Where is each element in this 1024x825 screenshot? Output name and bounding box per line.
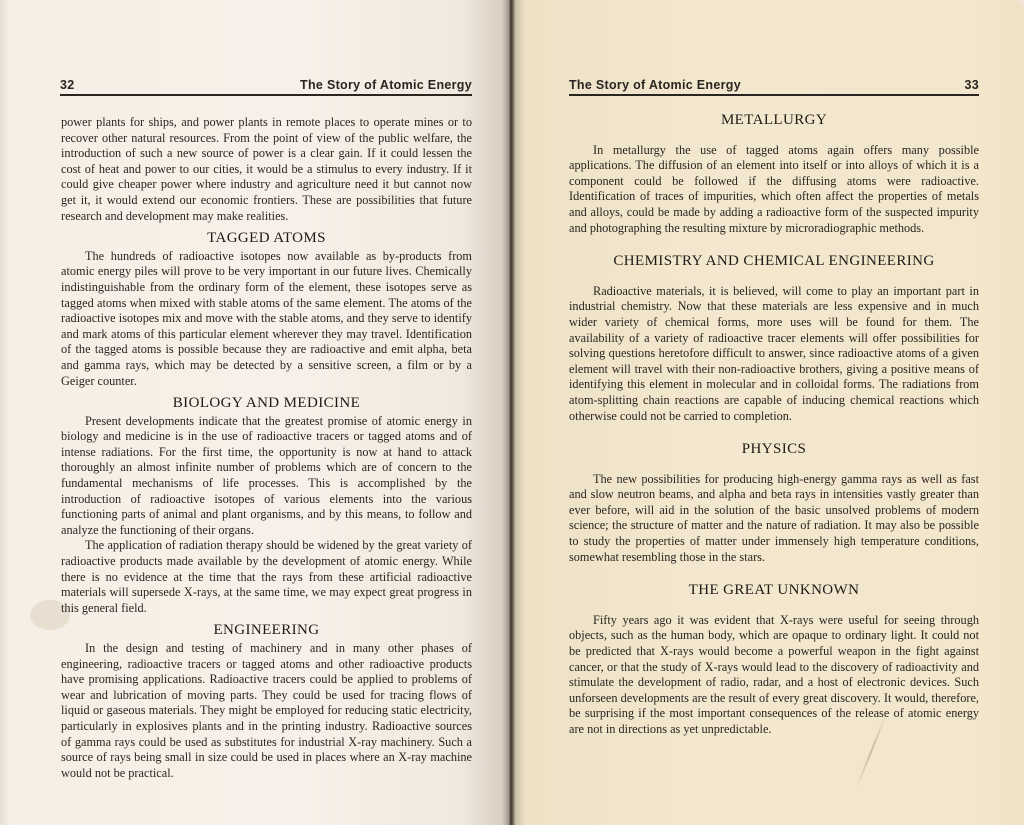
paragraph: In the design and testing of machinery a…: [61, 641, 472, 781]
right-running-head: The Story of Atomic Energy 33: [569, 74, 979, 96]
section-heading-engineering: ENGINEERING: [61, 623, 472, 639]
section-heading-physics: PHYSICS: [569, 442, 979, 458]
left-page-content: power plants for ships, and power plants…: [61, 115, 472, 781]
book-gutter: [508, 0, 514, 825]
right-page: The Story of Atomic Energy 33 METALLURGY…: [512, 0, 1024, 825]
running-title: The Story of Atomic Energy: [569, 78, 741, 92]
section-heading-chemistry: CHEMISTRY AND CHEMICAL ENGINEERING: [569, 254, 979, 270]
paragraph: Radioactive materials, it is believed, w…: [569, 284, 979, 424]
paragraph: The hundreds of radioactive isotopes now…: [61, 249, 472, 389]
running-title: The Story of Atomic Energy: [300, 78, 472, 92]
left-running-head: 32 The Story of Atomic Energy: [60, 74, 472, 96]
section-heading-biology-and-medicine: BIOLOGY AND MEDICINE: [61, 396, 472, 412]
right-page-content: METALLURGY In metallurgy the use of tagg…: [569, 113, 979, 738]
section-heading-great-unknown: THE GREAT UNKNOWN: [569, 583, 979, 599]
continued-paragraph: power plants for ships, and power plants…: [61, 115, 472, 224]
page-number: 33: [964, 78, 979, 92]
paragraph: The application of radiation therapy sho…: [61, 538, 472, 616]
left-page: 32 The Story of Atomic Energy power plan…: [0, 0, 512, 825]
paragraph: Present developments indicate that the g…: [61, 414, 472, 539]
paragraph: In metallurgy the use of tagged atoms ag…: [569, 143, 979, 237]
paragraph: Fifty years ago it was evident that X-ra…: [569, 613, 979, 738]
section-heading-tagged-atoms: TAGGED ATOMS: [61, 231, 472, 247]
section-heading-metallurgy: METALLURGY: [569, 113, 979, 129]
page-number: 32: [60, 78, 75, 92]
paragraph: The new possibilities for producing high…: [569, 472, 979, 566]
